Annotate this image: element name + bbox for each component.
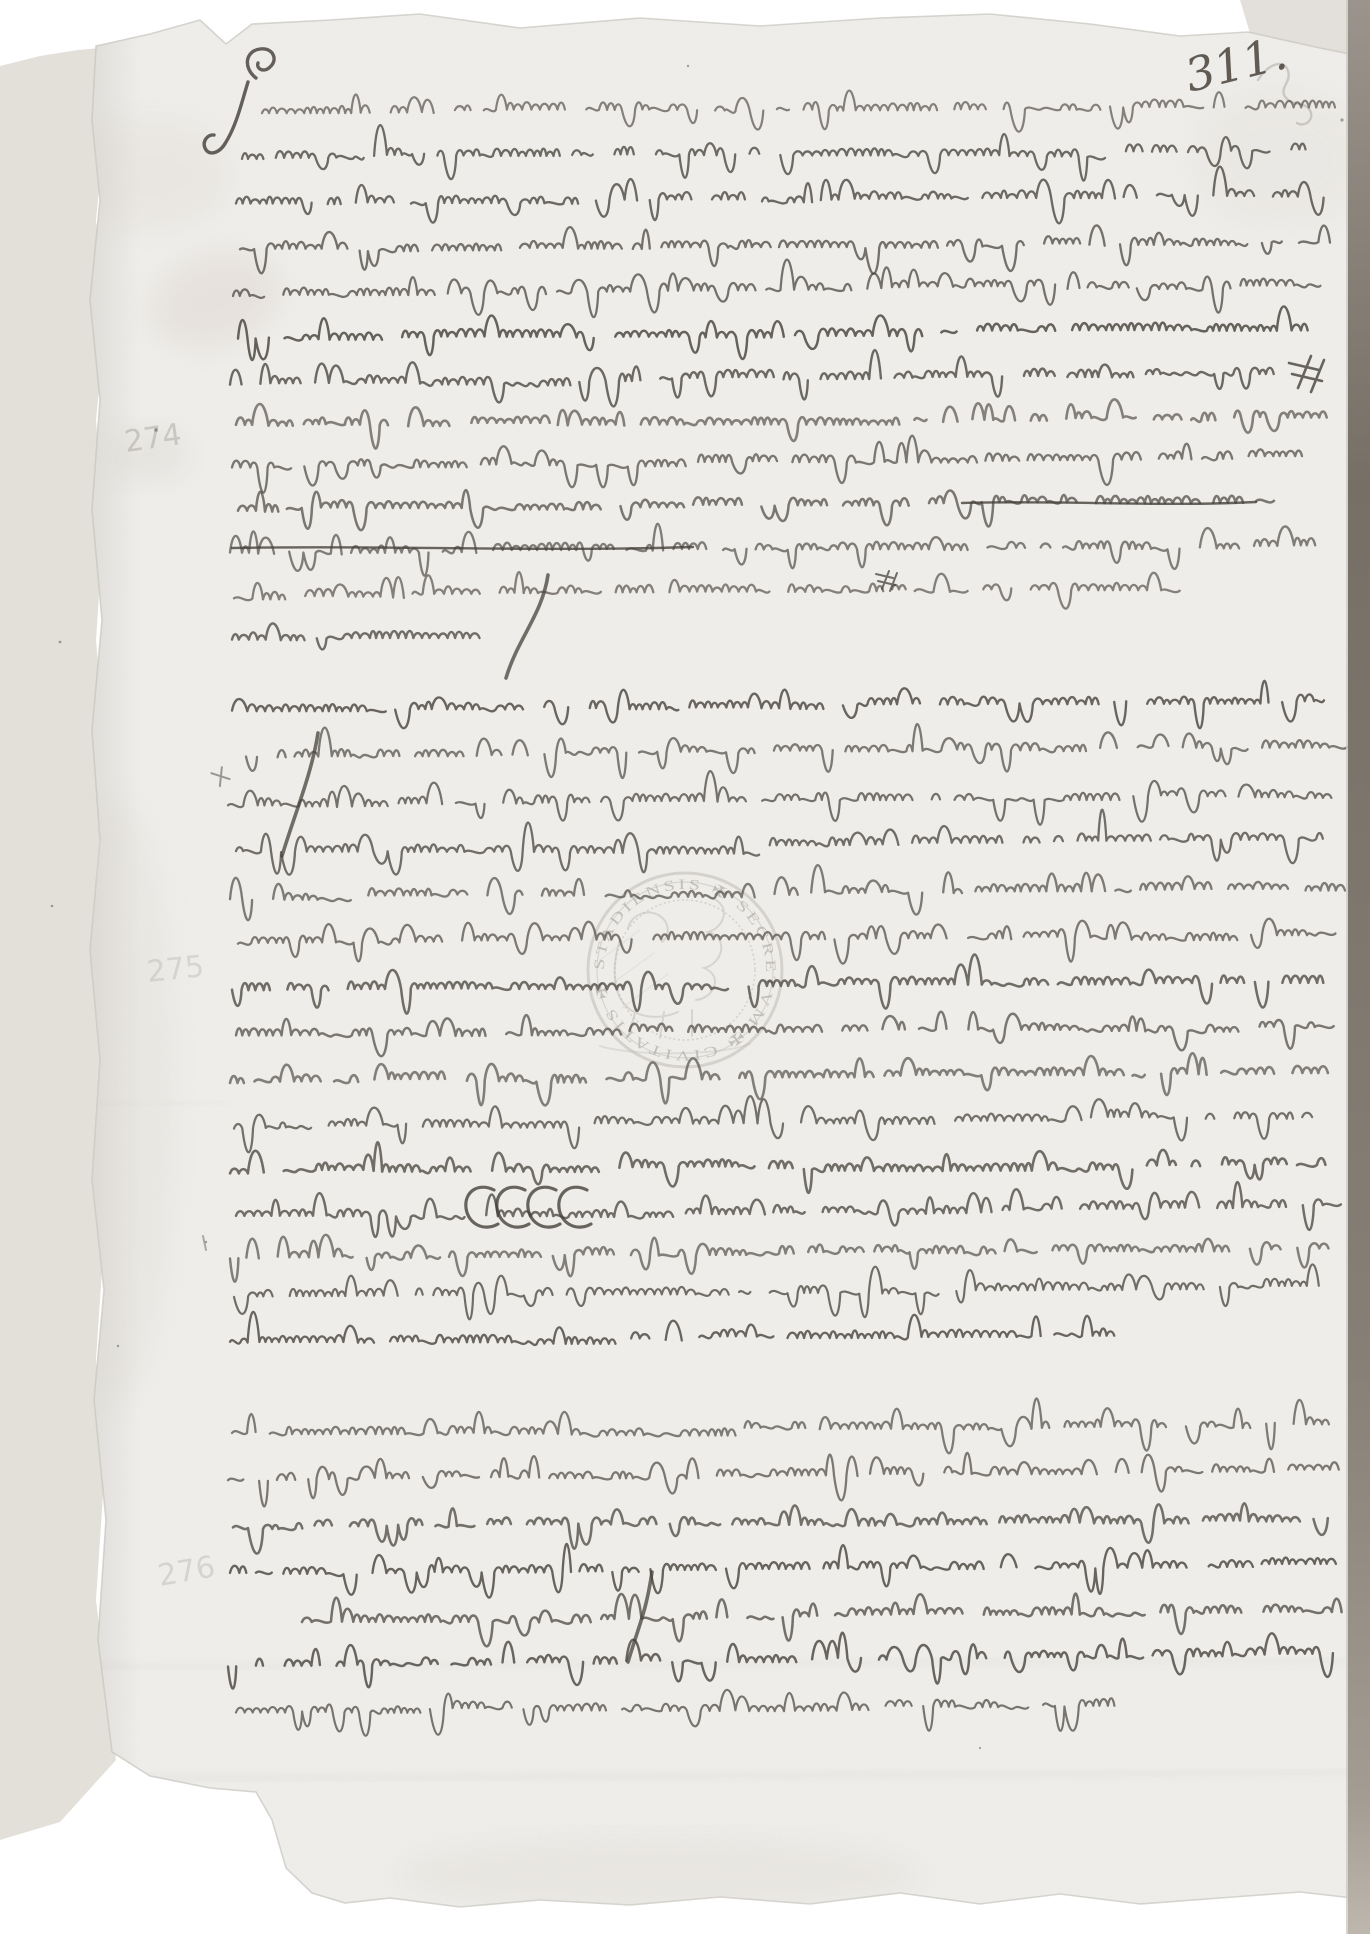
scanned-manuscript-page: STADIENSIS ✠ SECRETVM ✠ CIVITATIS ✠ 274 … bbox=[0, 0, 1370, 1934]
page-canvas: STADIENSIS ✠ SECRETVM ✠ CIVITATIS ✠ 274 … bbox=[0, 0, 1370, 1934]
book-edge-shadow bbox=[1348, 0, 1370, 1934]
margin-number: 275 bbox=[145, 949, 206, 990]
